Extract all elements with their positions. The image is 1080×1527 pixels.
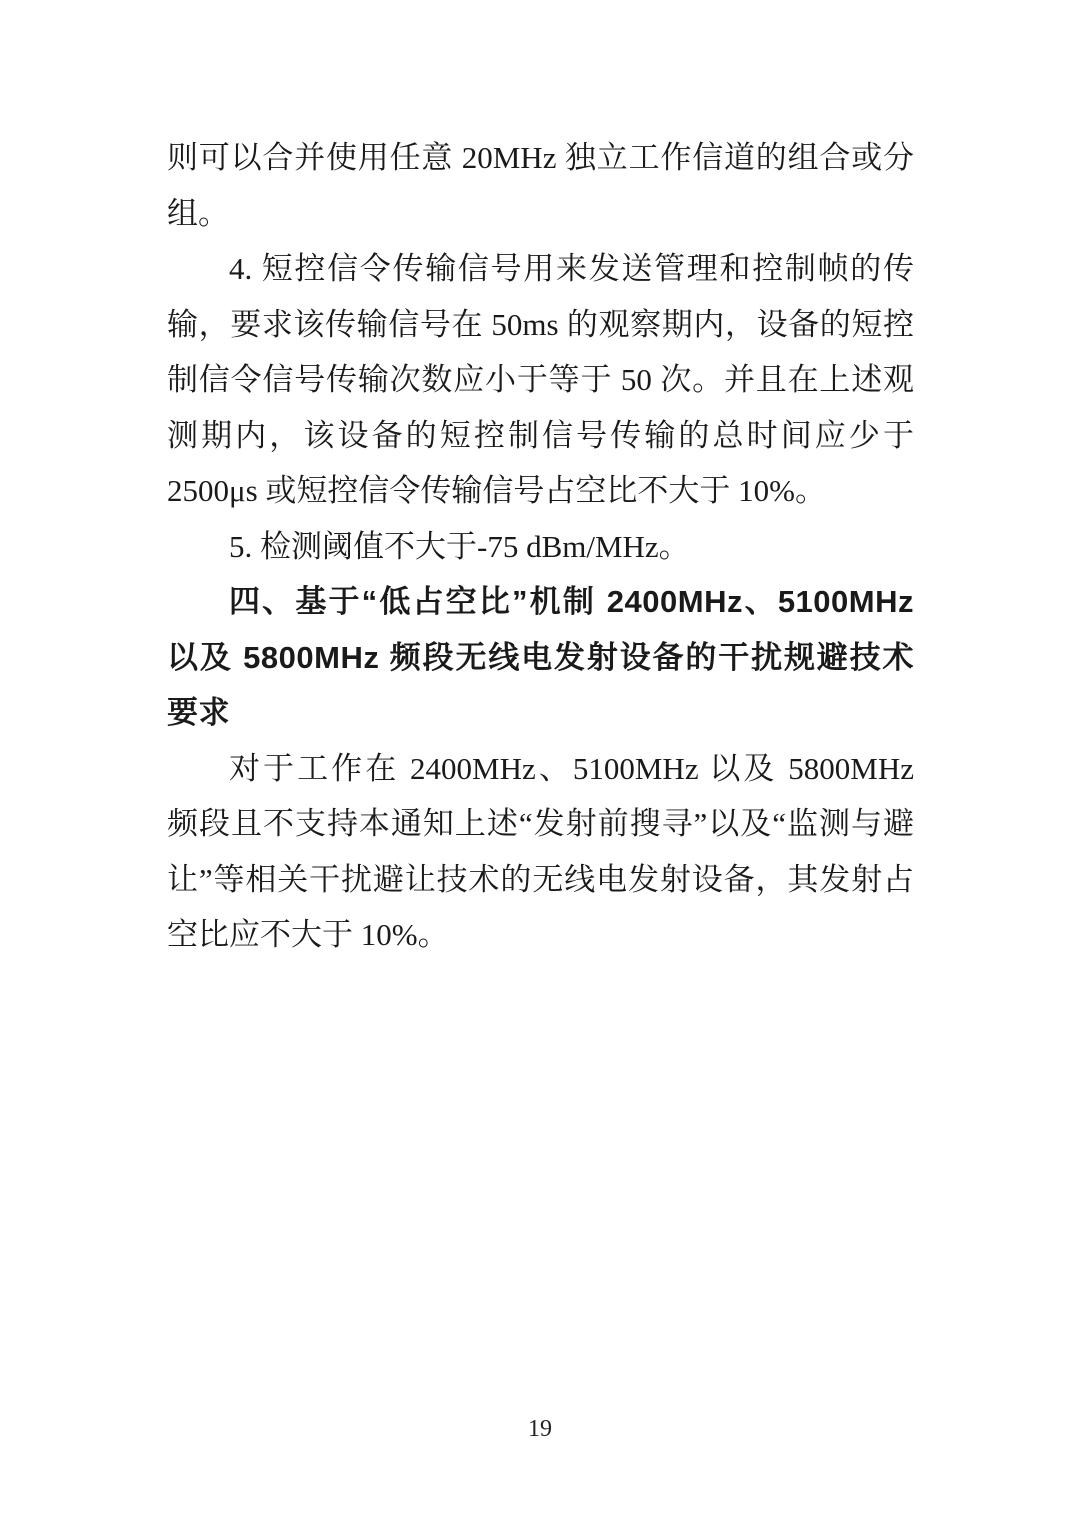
document-page: 则可以合并使用任意 20MHz 独立工作信道的组合或分组。4. 短控信令传输信号… bbox=[0, 0, 1080, 1527]
paragraph: 5. 检测阈值不大于-75 dBm/MHz。 bbox=[167, 519, 914, 575]
section-heading: 四、基于“低占空比”机制 2400MHz、5100MHz 以及 5800MHz … bbox=[167, 574, 914, 741]
paragraph: 对于工作在 2400MHz、5100MHz 以及 5800MHz 频段且不支持本… bbox=[167, 741, 914, 963]
page-number: 19 bbox=[0, 1412, 1080, 1446]
paragraph: 4. 短控信令传输信号用来发送管理和控制帧的传输，要求该传输信号在 50ms 的… bbox=[167, 241, 914, 519]
paragraph: 则可以合并使用任意 20MHz 独立工作信道的组合或分组。 bbox=[167, 130, 914, 241]
document-body: 则可以合并使用任意 20MHz 独立工作信道的组合或分组。4. 短控信令传输信号… bbox=[167, 130, 914, 963]
